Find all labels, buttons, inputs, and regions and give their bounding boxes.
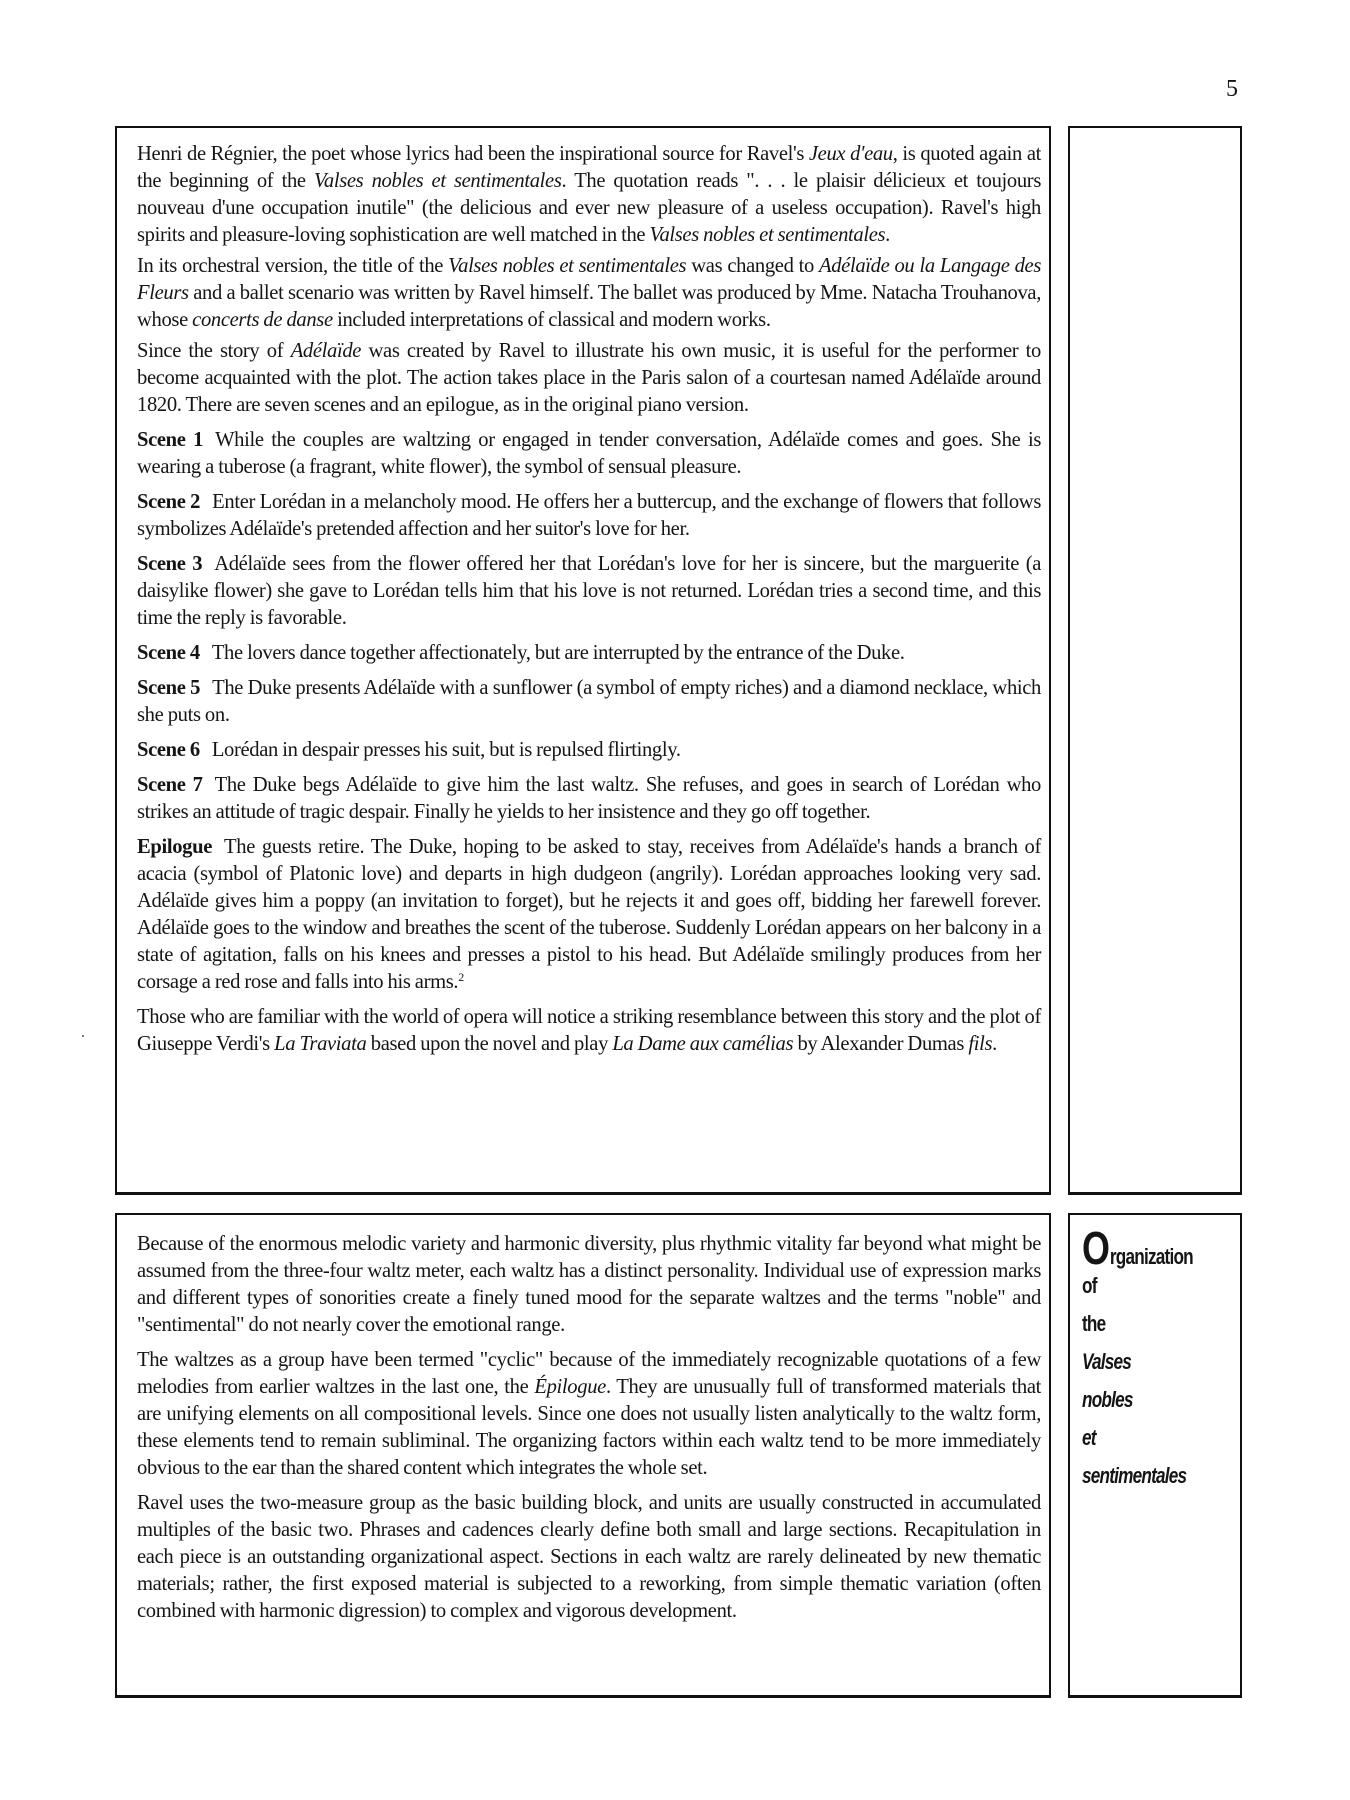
page-number: 5 <box>1226 76 1238 103</box>
scene-3: Scene 3Adélaïde sees from the flower off… <box>137 551 1041 632</box>
scene-label: Scene 7 <box>137 774 203 796</box>
paragraph-story-intro: Since the story of Adélaïde was created … <box>137 338 1041 419</box>
sidebar-box-empty <box>1068 126 1242 1195</box>
paragraph-variety: Because of the enormous melodic variety … <box>137 1231 1041 1339</box>
scene-6: Scene 6Lorédan in despair presses his su… <box>137 737 1041 764</box>
scan-artifact <box>82 1035 84 1037</box>
scene-label: Scene 4 <box>137 642 200 664</box>
paragraph-traviata: Those who are familiar with the world of… <box>137 1004 1041 1058</box>
scene-label: Scene 5 <box>137 677 200 699</box>
section-heading: Organization of the Valses nobles et sen… <box>1082 1229 1193 1495</box>
heading-line-the: the <box>1082 1305 1193 1343</box>
organization-content: Because of the enormous melodic variety … <box>137 1231 1041 1625</box>
scene-label: Epilogue <box>137 836 212 858</box>
heading-line-et: et <box>1082 1419 1193 1457</box>
paragraph-cyclic: The waltzes as a group have been termed … <box>137 1347 1041 1482</box>
heading-line-sentimentales: sentimentales <box>1082 1457 1193 1495</box>
scene-label: Scene 2 <box>137 491 200 513</box>
sidebar-heading-box: Organization of the Valses nobles et sen… <box>1068 1213 1242 1698</box>
paragraph-two-measure: Ravel uses the two-measure group as the … <box>137 1490 1041 1625</box>
heading-line-organization: Organization <box>1082 1229 1193 1267</box>
scene-5: Scene 5The Duke presents Adélaïde with a… <box>137 675 1041 729</box>
story-text-box: Henri de Régnier, the poet whose lyrics … <box>115 126 1051 1195</box>
organization-text-box: Because of the enormous melodic variety … <box>115 1213 1051 1698</box>
scene-label: Scene 1 <box>137 429 203 451</box>
heading-line-nobles: nobles <box>1082 1381 1193 1419</box>
footnote-marker: 2 <box>458 970 464 984</box>
paragraph-orchestral-version: In its orchestral version, the title of … <box>137 253 1041 334</box>
scene-7: Scene 7The Duke begs Adélaïde to give hi… <box>137 772 1041 826</box>
scene-2: Scene 2Enter Lorédan in a melancholy moo… <box>137 489 1041 543</box>
scene-label: Scene 3 <box>137 553 202 575</box>
heading-line-valses: Valses <box>1082 1343 1193 1381</box>
scene-4: Scene 4The lovers dance together affecti… <box>137 640 1041 667</box>
scene-1: Scene 1While the couples are waltzing or… <box>137 427 1041 481</box>
story-content: Henri de Régnier, the poet whose lyrics … <box>137 141 1041 1058</box>
scene-label: Scene 6 <box>137 739 200 761</box>
paragraph-regnier: Henri de Régnier, the poet whose lyrics … <box>137 141 1041 249</box>
epilogue: EpilogueThe guests retire. The Duke, hop… <box>137 834 1041 996</box>
